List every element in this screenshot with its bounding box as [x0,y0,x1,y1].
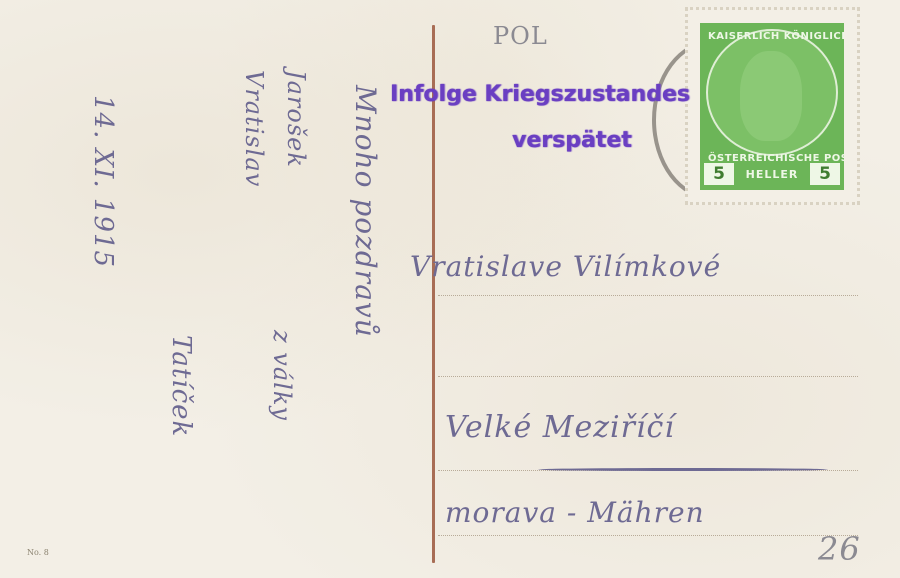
message-line-1: Mnoho pozdravů [349,85,382,338]
censor-stamp-line1: Infolge Kriegszustandes [390,82,690,107]
stamp-face: KAISERLICH KÖNIGLICHE ÖSTERREICHISCHE PO… [700,23,844,190]
stamp-top-arc: KAISERLICH KÖNIGLICHE [708,31,844,42]
address-line-4 [438,535,858,536]
address-town: Velké Meziříčí [445,410,675,445]
postage-stamp: KAISERLICH KÖNIGLICHE ÖSTERREICHISCHE PO… [685,7,860,205]
printed-card-number: No. 8 [27,548,49,557]
message-date: 14. XI. 1915 [88,95,118,268]
address-underline [538,468,828,471]
address-line-1 [438,295,858,296]
message-line-4: z války [268,330,296,421]
postcard-back: POL 14.XI.15 KAISERLICH KÖNIGLICHE ÖSTER… [0,0,900,578]
stamp-heller-label: HELLER [746,168,799,181]
address-recipient: Vratislave Vilímkové [410,250,721,283]
pencil-note-bottom: 26 [818,530,861,568]
portrait-icon [740,51,802,141]
address-region: morava - Mähren [445,496,705,529]
censor-stamp-line2: verspätet [512,128,632,153]
message-line-2: Jarošek [282,70,310,168]
message-signature: Tatíček [166,335,196,437]
message-line-3: Vratislav [240,70,268,187]
stamp-value-left: 5 [704,163,734,185]
address-line-2 [438,376,858,377]
pencil-note-top: POL [493,22,548,50]
stamp-value-right: 5 [810,163,840,185]
stamp-denomination-row: 5 HELLER 5 [704,162,840,186]
